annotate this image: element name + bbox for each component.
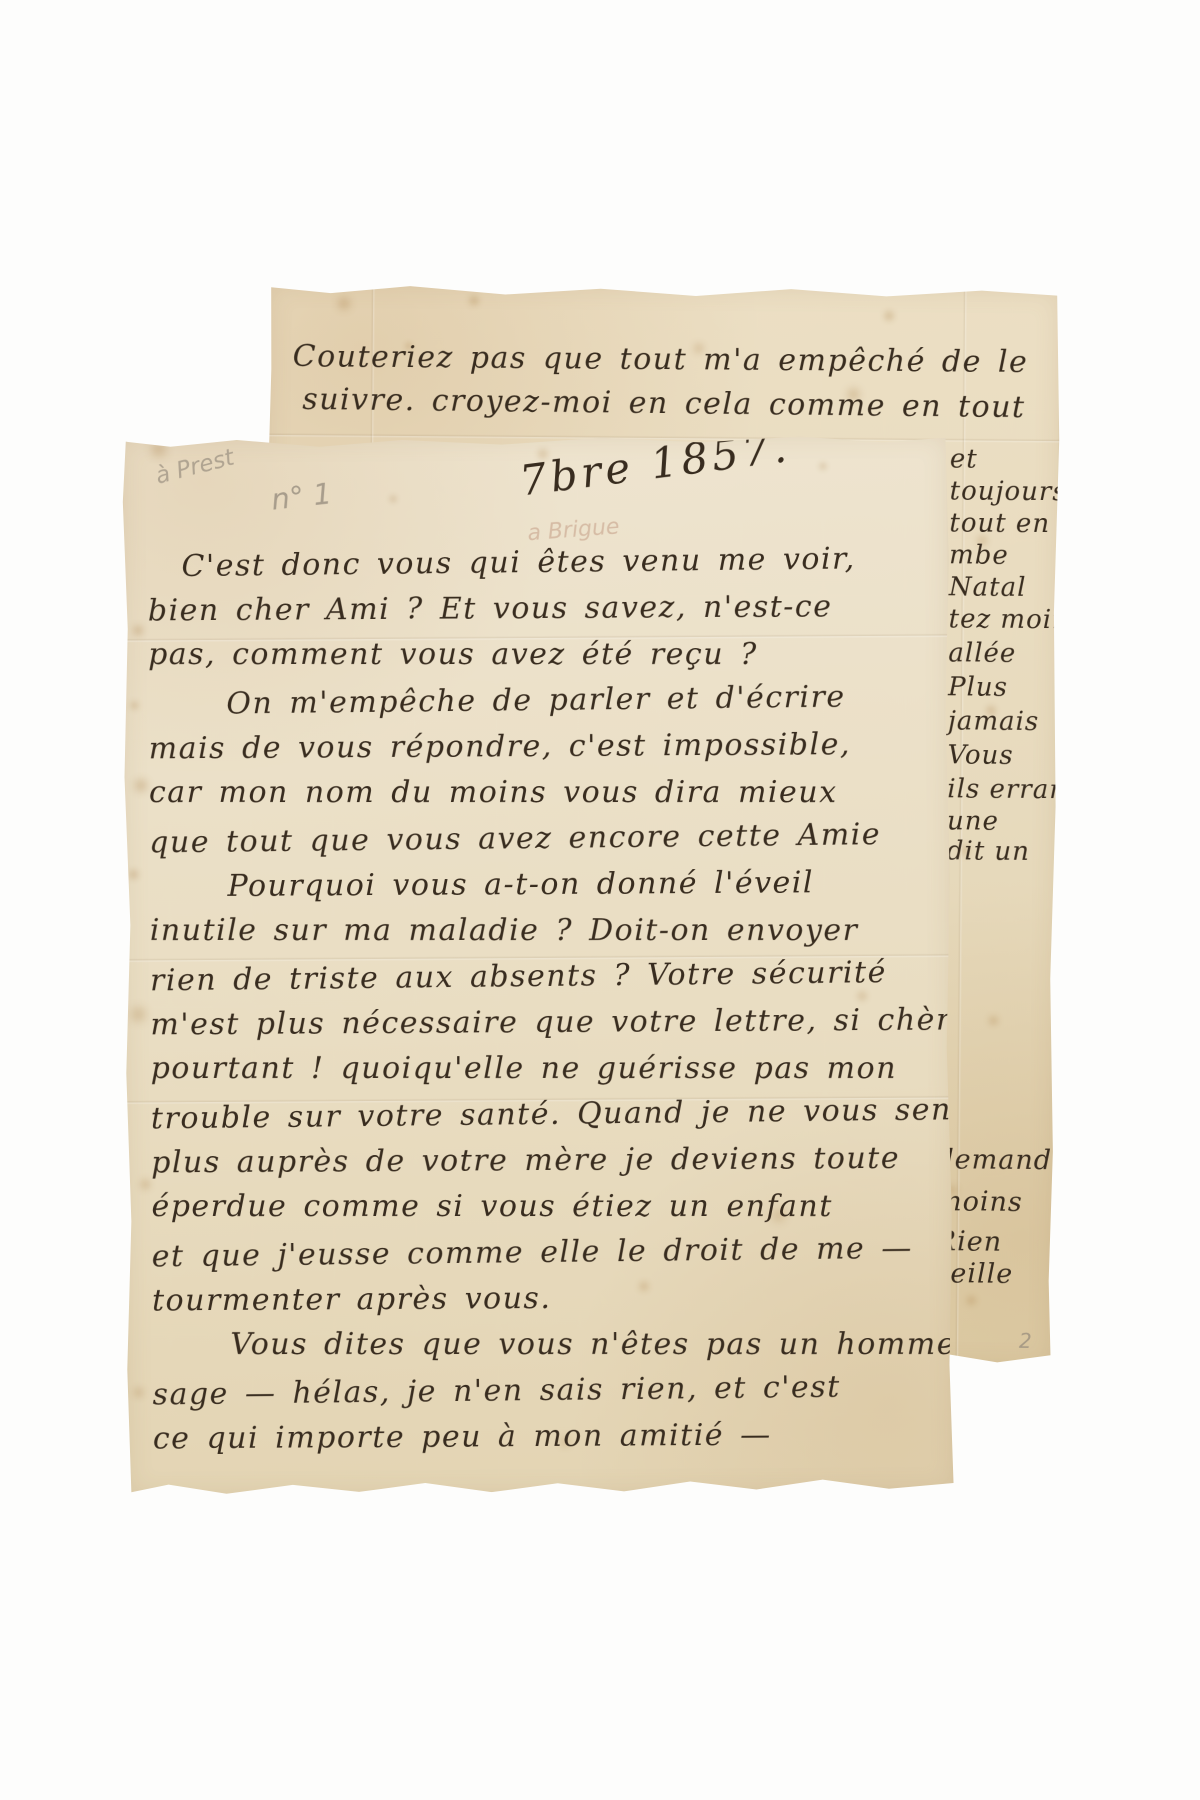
handwritten-line: ce qui importe peu à mon amitié — <box>127 1411 955 1462</box>
handwriting-fragment: tez moins <box>949 604 1062 635</box>
date-line: 7bre 1857. <box>517 433 793 505</box>
handwritten-line: car mon nom du moins vous dira mieux <box>123 770 951 816</box>
handwritten-line: et que j'eusse comme elle le droit de me… <box>126 1225 954 1280</box>
handwriting-fragment: allée <box>948 638 1016 669</box>
handwritten-line: tourmenter après vous. <box>126 1273 954 1324</box>
photo-background: Couteriez pas que tout m'a empêché de le… <box>0 0 1200 1800</box>
handwritten-line: pas, comment vous avez été reçu ? <box>122 632 950 678</box>
handwritten-line: éperdue comme si vous étiez un enfant <box>125 1184 953 1230</box>
handwritten-line: Couteriez pas que tout m'a empêché de le <box>293 339 1029 380</box>
handwriting-fragment: Plus <box>948 672 1008 702</box>
front-sheet: à Prest n° 1 a Brigue 7bre 1857. C'est d… <box>121 433 955 1496</box>
handwriting-fragment: toujours <box>950 476 1062 507</box>
handwritten-line: plus auprès de votre mère je deviens tou… <box>125 1135 953 1186</box>
handwritten-line: Vous dites que vous n'êtes pas un homme <box>126 1322 954 1368</box>
foxing-spots <box>121 439 125 443</box>
handwritten-line: rien de triste aux absents ? Votre sécur… <box>124 949 952 1004</box>
handwriting-fragment: et <box>950 444 978 474</box>
handwriting-fragment: une <box>947 806 999 836</box>
handwritten-line: suivre. croyez-moi en cela comme en tout <box>302 382 1026 425</box>
handwritten-line: inutile sur ma maladie ? Doit-on envoyer <box>124 908 952 954</box>
handwritten-line: sage — hélas, je n'en sais rien, et c'es… <box>126 1363 954 1418</box>
handwritten-line: m'est plus nécessaire que votre lettre, … <box>124 997 952 1048</box>
foxing-spots <box>267 283 271 287</box>
handwritten-line: pourtant ! quoiqu'elle ne guérisse pas m… <box>125 1046 953 1092</box>
page-number: 2 <box>1019 1329 1032 1353</box>
handwritten-line: On m'empêche de parler et d'écrire <box>122 673 950 728</box>
handwriting-fragment: ils errant <box>947 774 1061 805</box>
pencil-annotation-destination: à Prest <box>153 445 237 490</box>
handwritten-line: que tout que vous avez encore cette Amie <box>123 811 951 866</box>
handwriting-fragment: Natal <box>949 572 1027 603</box>
handwritten-line: bien cher Ami ? Et vous savez, n'est-ce <box>122 583 950 634</box>
handwriting-fragment: dit un <box>947 836 1030 867</box>
handwriting-fragment: mbe <box>949 540 1009 570</box>
handwriting-fragment: demander <box>936 1144 1061 1176</box>
handwriting-fragment: jamais <box>948 706 1040 737</box>
handwritten-line: trouble sur votre santé. Quand je ne vou… <box>125 1087 953 1142</box>
handwritten-line: Pourquoi vous a-t-on donné l'éveil <box>123 859 951 910</box>
handwritten-line: mais de vous répondre, c'est impossible, <box>123 721 951 772</box>
handwriting-fragment: Vous <box>947 740 1013 771</box>
handwritten-line: C'est donc vous qui êtes venu me voir, <box>121 535 949 590</box>
handwriting-fragment: tout en <box>949 508 1050 539</box>
front-sheet-paper: à Prest n° 1 a Brigue 7bre 1857. C'est d… <box>121 433 955 1496</box>
letter-body: C'est donc vous qui êtes venu me voir, b… <box>121 537 955 1462</box>
pencil-annotation-number: n° 1 <box>269 476 333 516</box>
